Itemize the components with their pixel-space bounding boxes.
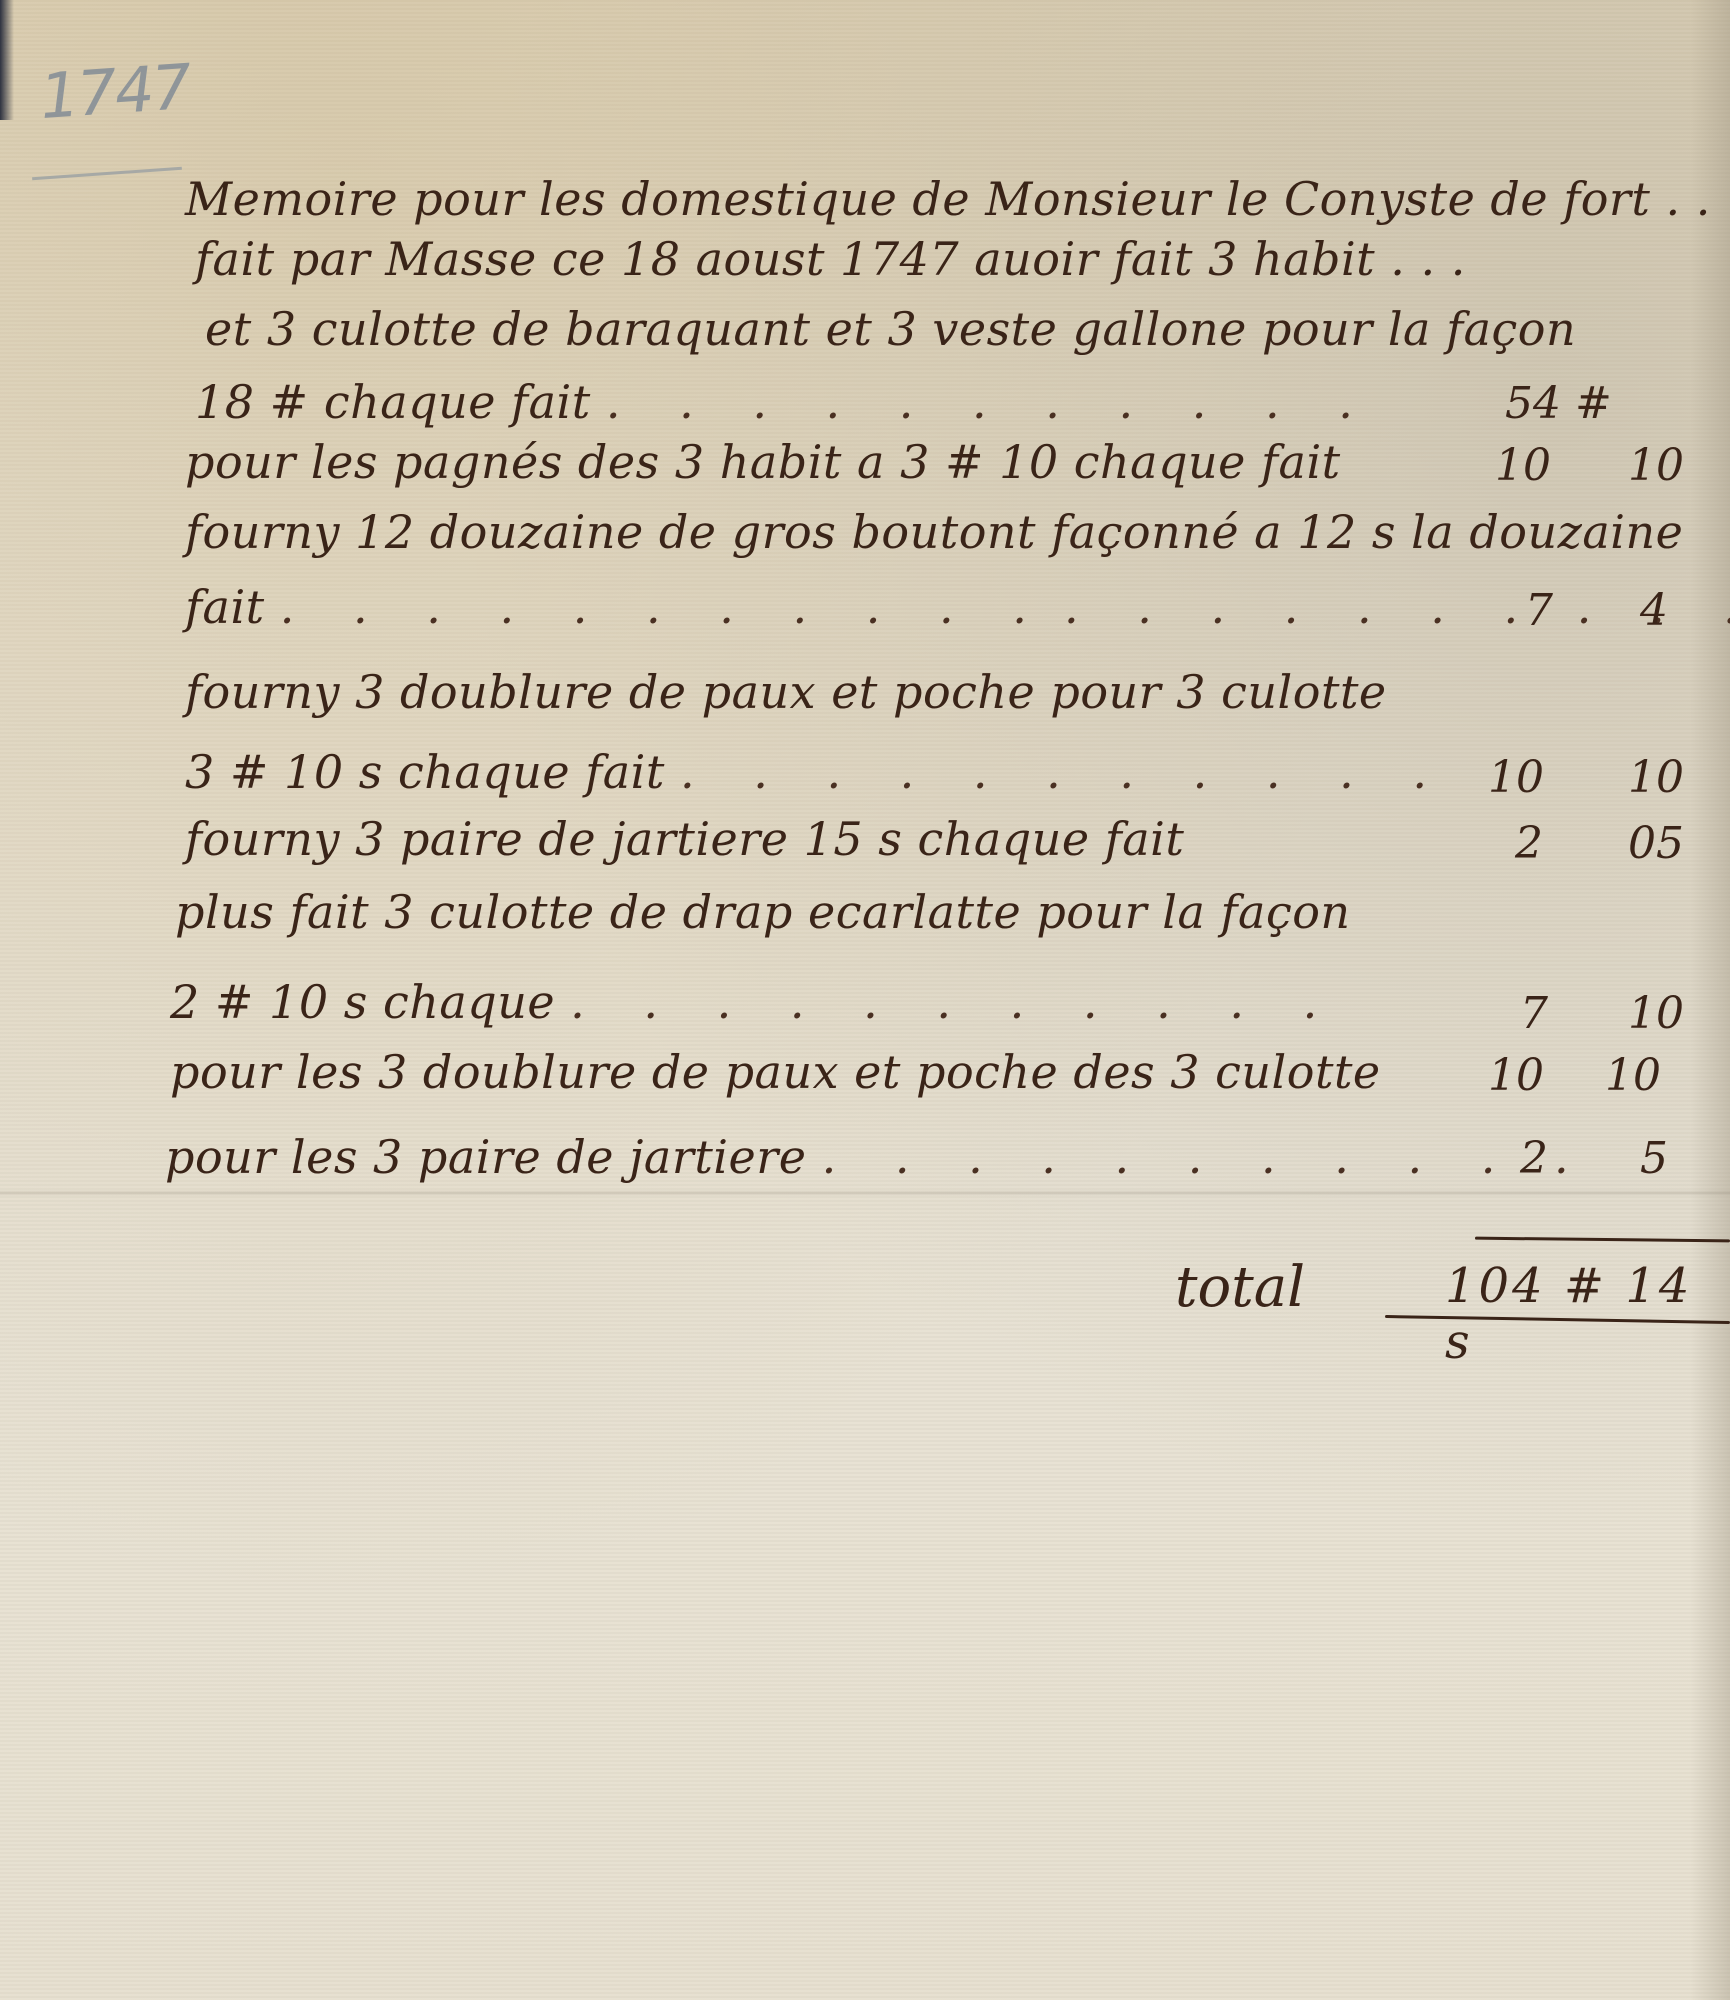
item-livres: 54 #: [1505, 378, 1612, 429]
item-sols: 10: [1628, 440, 1684, 491]
item-sols: 5: [1640, 1133, 1668, 1184]
manuscript-page: 1747 Memoire pour les domestique de Mons…: [0, 0, 1730, 2000]
item-livres: 10: [1488, 752, 1544, 803]
total-label: total: [1175, 1255, 1305, 1320]
item-text: plus fait 3 culotte de drap ecarlatte po…: [175, 885, 1351, 939]
item-text: pour les 3 paire de jartiere . . . . . .…: [165, 1130, 1591, 1184]
page-edge-shadow: [0, 0, 14, 120]
item-text: 2 # 10 s chaque . . . . . . . . . . .: [170, 975, 1339, 1029]
item-sols: 10: [1605, 1050, 1661, 1101]
pencil-year-annotation: 1747: [38, 50, 193, 133]
item-text: pour les 3 doublure de paux et poche des…: [170, 1045, 1381, 1099]
item-livres: 7: [1520, 988, 1548, 1039]
item-text: fourny 3 doublure de paux et poche pour …: [185, 665, 1387, 719]
item-sols: 10: [1628, 752, 1684, 803]
item-sols: 05: [1628, 818, 1684, 869]
pencil-underline: [32, 167, 182, 180]
item-text: 3 # 10 s chaque fait . . . . . . . . . .…: [185, 745, 1449, 799]
paper-fold-line: [0, 1190, 1730, 1196]
item-text: fait . . . . . . . . . . . . . . . . . .…: [185, 580, 1730, 634]
header-line-3: et 3 culotte de baraquant et 3 veste gal…: [205, 302, 1576, 356]
item-text: fourny 12 douzaine de gros boutont façon…: [185, 505, 1683, 559]
item-text: 18 # chaque fait . . . . . . . . . . .: [195, 375, 1375, 429]
item-livres: 2: [1520, 1133, 1548, 1184]
header-line-2: fait par Masse ce 18 aoust 1747 auoir fa…: [195, 232, 1466, 286]
item-sols: 4: [1640, 585, 1668, 636]
item-sols: 10: [1628, 988, 1684, 1039]
item-livres: 10: [1495, 440, 1551, 491]
item-livres: 10: [1488, 1050, 1544, 1101]
page-edge-shadow-right: [1690, 0, 1730, 2000]
header-line-1: Memoire pour les domestique de Monsieur …: [185, 172, 1730, 226]
item-livres: 2: [1515, 818, 1543, 869]
item-text: fourny 3 paire de jartiere 15 s chaque f…: [185, 812, 1184, 866]
total-value: 104 # 14 s: [1445, 1258, 1730, 1370]
item-text: pour les pagnés des 3 habit a 3 # 10 cha…: [185, 435, 1341, 489]
item-livres: 7: [1525, 585, 1553, 636]
